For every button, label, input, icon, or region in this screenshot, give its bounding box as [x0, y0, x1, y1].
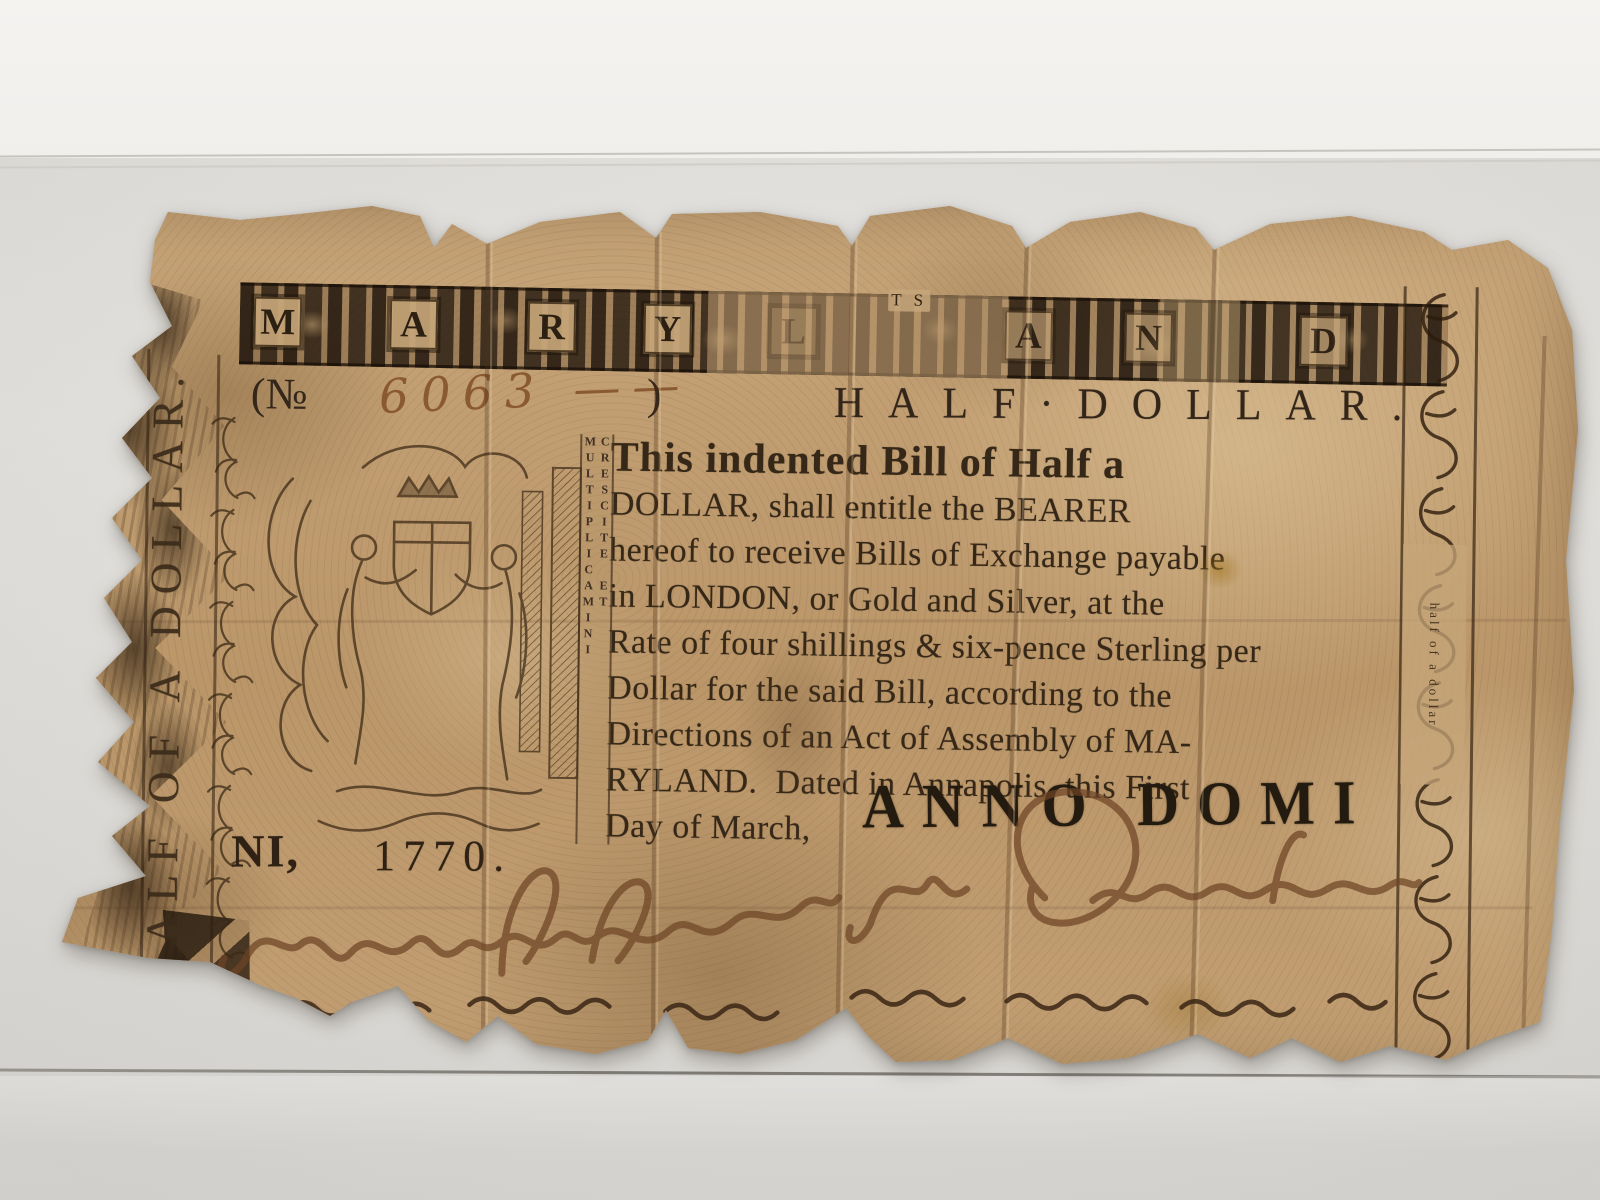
yellow-stain — [1197, 550, 1243, 591]
serial-number-handwritten: 6063 —— — [378, 357, 693, 424]
border-letter-n: N — [1124, 313, 1173, 364]
yellow-stain-2 — [1141, 971, 1232, 1042]
denomination-heading: HALF·DOLLAR. — [834, 378, 1427, 432]
signature-clapham-ink — [221, 867, 839, 983]
latin-motto: CRESCITE ET MULTIPLICAMINI — [577, 434, 612, 844]
border-worn-patch — [707, 291, 1008, 378]
border-letter-a2: A — [1004, 310, 1053, 361]
border-letter-d: D — [1299, 316, 1348, 367]
printed-face: M A R Y L A N D T S (№ 6063 —— ) HALF·DO… — [30, 198, 1586, 1097]
border-letter-r: R — [527, 302, 576, 353]
serial-number-close-paren: ) — [647, 369, 662, 420]
motto-strip: CRESCITE ET MULTIPLICAMINI — [575, 434, 614, 844]
border-letter-m: M — [253, 297, 302, 348]
border-letter-l-worn: L — [769, 306, 818, 357]
right-micro-denomination: half of a dollar — [1425, 602, 1443, 727]
background-wall-band — [0, 0, 1600, 158]
maryland-coat-of-arms-vignette — [248, 428, 613, 842]
anno-domini-blackletter: ANNO DOMI — [862, 766, 1374, 843]
surface-foreground — [0, 1076, 1600, 1200]
right-border-worn-center: half of a dollar — [1400, 544, 1467, 785]
border-letter-a: A — [389, 299, 438, 350]
half-dollar-note: M A R Y L A N D T S (№ 6063 —— ) HALF·DO… — [40, 200, 1585, 1080]
issue-year: 1770. — [373, 830, 512, 881]
engraver-initials: T S — [888, 289, 930, 312]
photograph-of-colonial-currency: M A R Y L A N D T S (№ 6063 —— ) HALF·DO… — [0, 0, 1600, 1200]
border-letter-y: Y — [643, 304, 692, 355]
plate-letters-blackletter: NI, — [231, 824, 300, 877]
